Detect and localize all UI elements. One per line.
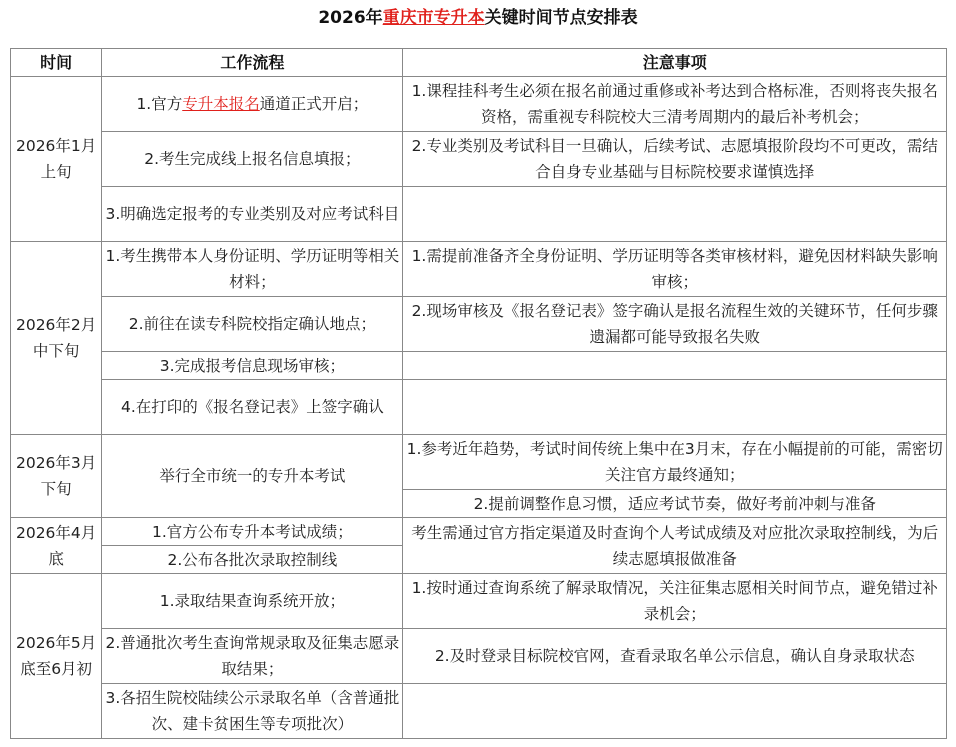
step-text: 1.官方 (136, 95, 182, 113)
note-cell (403, 684, 947, 739)
table-row: 2.普通批次考生查询常规录取及征集志愿录取结果； 2.及时登录目标院校官网，查看… (11, 629, 947, 684)
table-row: 3.完成报考信息现场审核； (11, 352, 947, 380)
note-cell (403, 352, 947, 380)
note-cell: 1.按时通过查询系统了解录取情况，关注征集志愿相关时间节点，避免错过补录机会； (403, 574, 947, 629)
step-cell: 2.普通批次考生查询常规录取及征集志愿录取结果； (102, 629, 403, 684)
step-cell: 1.官方公布专升本考试成绩； (102, 518, 403, 546)
zsb-registration-link[interactable]: 专升本报名 (182, 95, 260, 113)
table-row: 2026年2月中下旬 1.考生携带本人身份证明、学历证明等相关材料； 1.需提前… (11, 242, 947, 297)
time-cell: 2026年3月下旬 (11, 435, 102, 518)
time-cell: 2026年4月底 (11, 518, 102, 574)
step-cell: 1.录取结果查询系统开放； (102, 574, 403, 629)
note-cell: 2.提前调整作息习惯，适应考试节奏，做好考前冲刺与准备 (403, 490, 947, 518)
table-row: 2026年3月下旬 举行全市统一的专升本考试 1.参考近年趋势，考试时间传统上集… (11, 435, 947, 490)
note-cell (403, 187, 947, 242)
header-time: 时间 (11, 49, 102, 77)
table-row: 3.各招生院校陆续公示录取名单（含普通批次、建卡贫困生等专项批次） (11, 684, 947, 739)
note-cell (403, 380, 947, 435)
note-cell: 考生需通过官方指定渠道及时查询个人考试成绩及对应批次录取控制线，为后续志愿填报做… (403, 518, 947, 574)
table-row: 2.前往在读专科院校指定确认地点； 2.现场审核及《报名登记表》签字确认是报名流… (11, 297, 947, 352)
note-cell: 2.及时登录目标院校官网，查看录取名单公示信息，确认自身录取状态 (403, 629, 947, 684)
step-cell: 4.在打印的《报名登记表》上签字确认 (102, 380, 403, 435)
note-cell: 1.课程挂科考生必须在报名前通过重修或补考达到合格标准，否则将丧失报名资格，需重… (403, 77, 947, 132)
step-text: 通道正式开启； (260, 95, 369, 113)
table-row: 3.明确选定报考的专业类别及对应考试科目 (11, 187, 947, 242)
schedule-table: 时间 工作流程 注意事项 2026年1月上旬 1.官方专升本报名通道正式开启； … (10, 48, 947, 739)
header-notes: 注意事项 (403, 49, 947, 77)
note-cell: 2.现场审核及《报名登记表》签字确认是报名流程生效的关键环节，任何步骤遗漏都可能… (403, 297, 947, 352)
header-row: 时间 工作流程 注意事项 (11, 49, 947, 77)
step-cell: 3.完成报考信息现场审核； (102, 352, 403, 380)
table-row: 2026年4月底 1.官方公布专升本考试成绩； 考生需通过官方指定渠道及时查询个… (11, 518, 947, 546)
step-cell: 3.各招生院校陆续公示录取名单（含普通批次、建卡贫困生等专项批次） (102, 684, 403, 739)
header-workflow: 工作流程 (102, 49, 403, 77)
step-cell: 举行全市统一的专升本考试 (102, 435, 403, 518)
title-suffix: 关键时间节点安排表 (485, 8, 638, 28)
note-cell: 2.专业类别及考试科目一旦确认，后续考试、志愿填报阶段均不可更改，需结合自身专业… (403, 132, 947, 187)
step-cell: 2.前往在读专科院校指定确认地点； (102, 297, 403, 352)
step-cell: 2.考生完成线上报名信息填报； (102, 132, 403, 187)
title-link-chongqing-zsb[interactable]: 重庆市专升本 (383, 8, 485, 28)
step-cell: 2.公布各批次录取控制线 (102, 546, 403, 574)
note-cell: 1.需提前准备齐全身份证明、学历证明等各类审核材料，避免因材料缺失影响审核； (403, 242, 947, 297)
time-cell: 2026年5月底至6月初 (11, 574, 102, 739)
time-cell: 2026年1月上旬 (11, 77, 102, 242)
step-cell: 3.明确选定报考的专业类别及对应考试科目 (102, 187, 403, 242)
note-cell: 1.参考近年趋势，考试时间传统上集中在3月末，存在小幅提前的可能，需密切关注官方… (403, 435, 947, 490)
time-cell: 2026年2月中下旬 (11, 242, 102, 435)
step-cell: 1.考生携带本人身份证明、学历证明等相关材料； (102, 242, 403, 297)
step-cell: 1.官方专升本报名通道正式开启； (102, 77, 403, 132)
title-prefix: 2026年 (318, 8, 382, 28)
table-row: 2026年5月底至6月初 1.录取结果查询系统开放； 1.按时通过查询系统了解录… (11, 574, 947, 629)
page-title: 2026年重庆市专升本关键时间节点安排表 (0, 0, 956, 40)
table-row: 4.在打印的《报名登记表》上签字确认 (11, 380, 947, 435)
table-row: 2.考生完成线上报名信息填报； 2.专业类别及考试科目一旦确认，后续考试、志愿填… (11, 132, 947, 187)
table-row: 2026年1月上旬 1.官方专升本报名通道正式开启； 1.课程挂科考生必须在报名… (11, 77, 947, 132)
